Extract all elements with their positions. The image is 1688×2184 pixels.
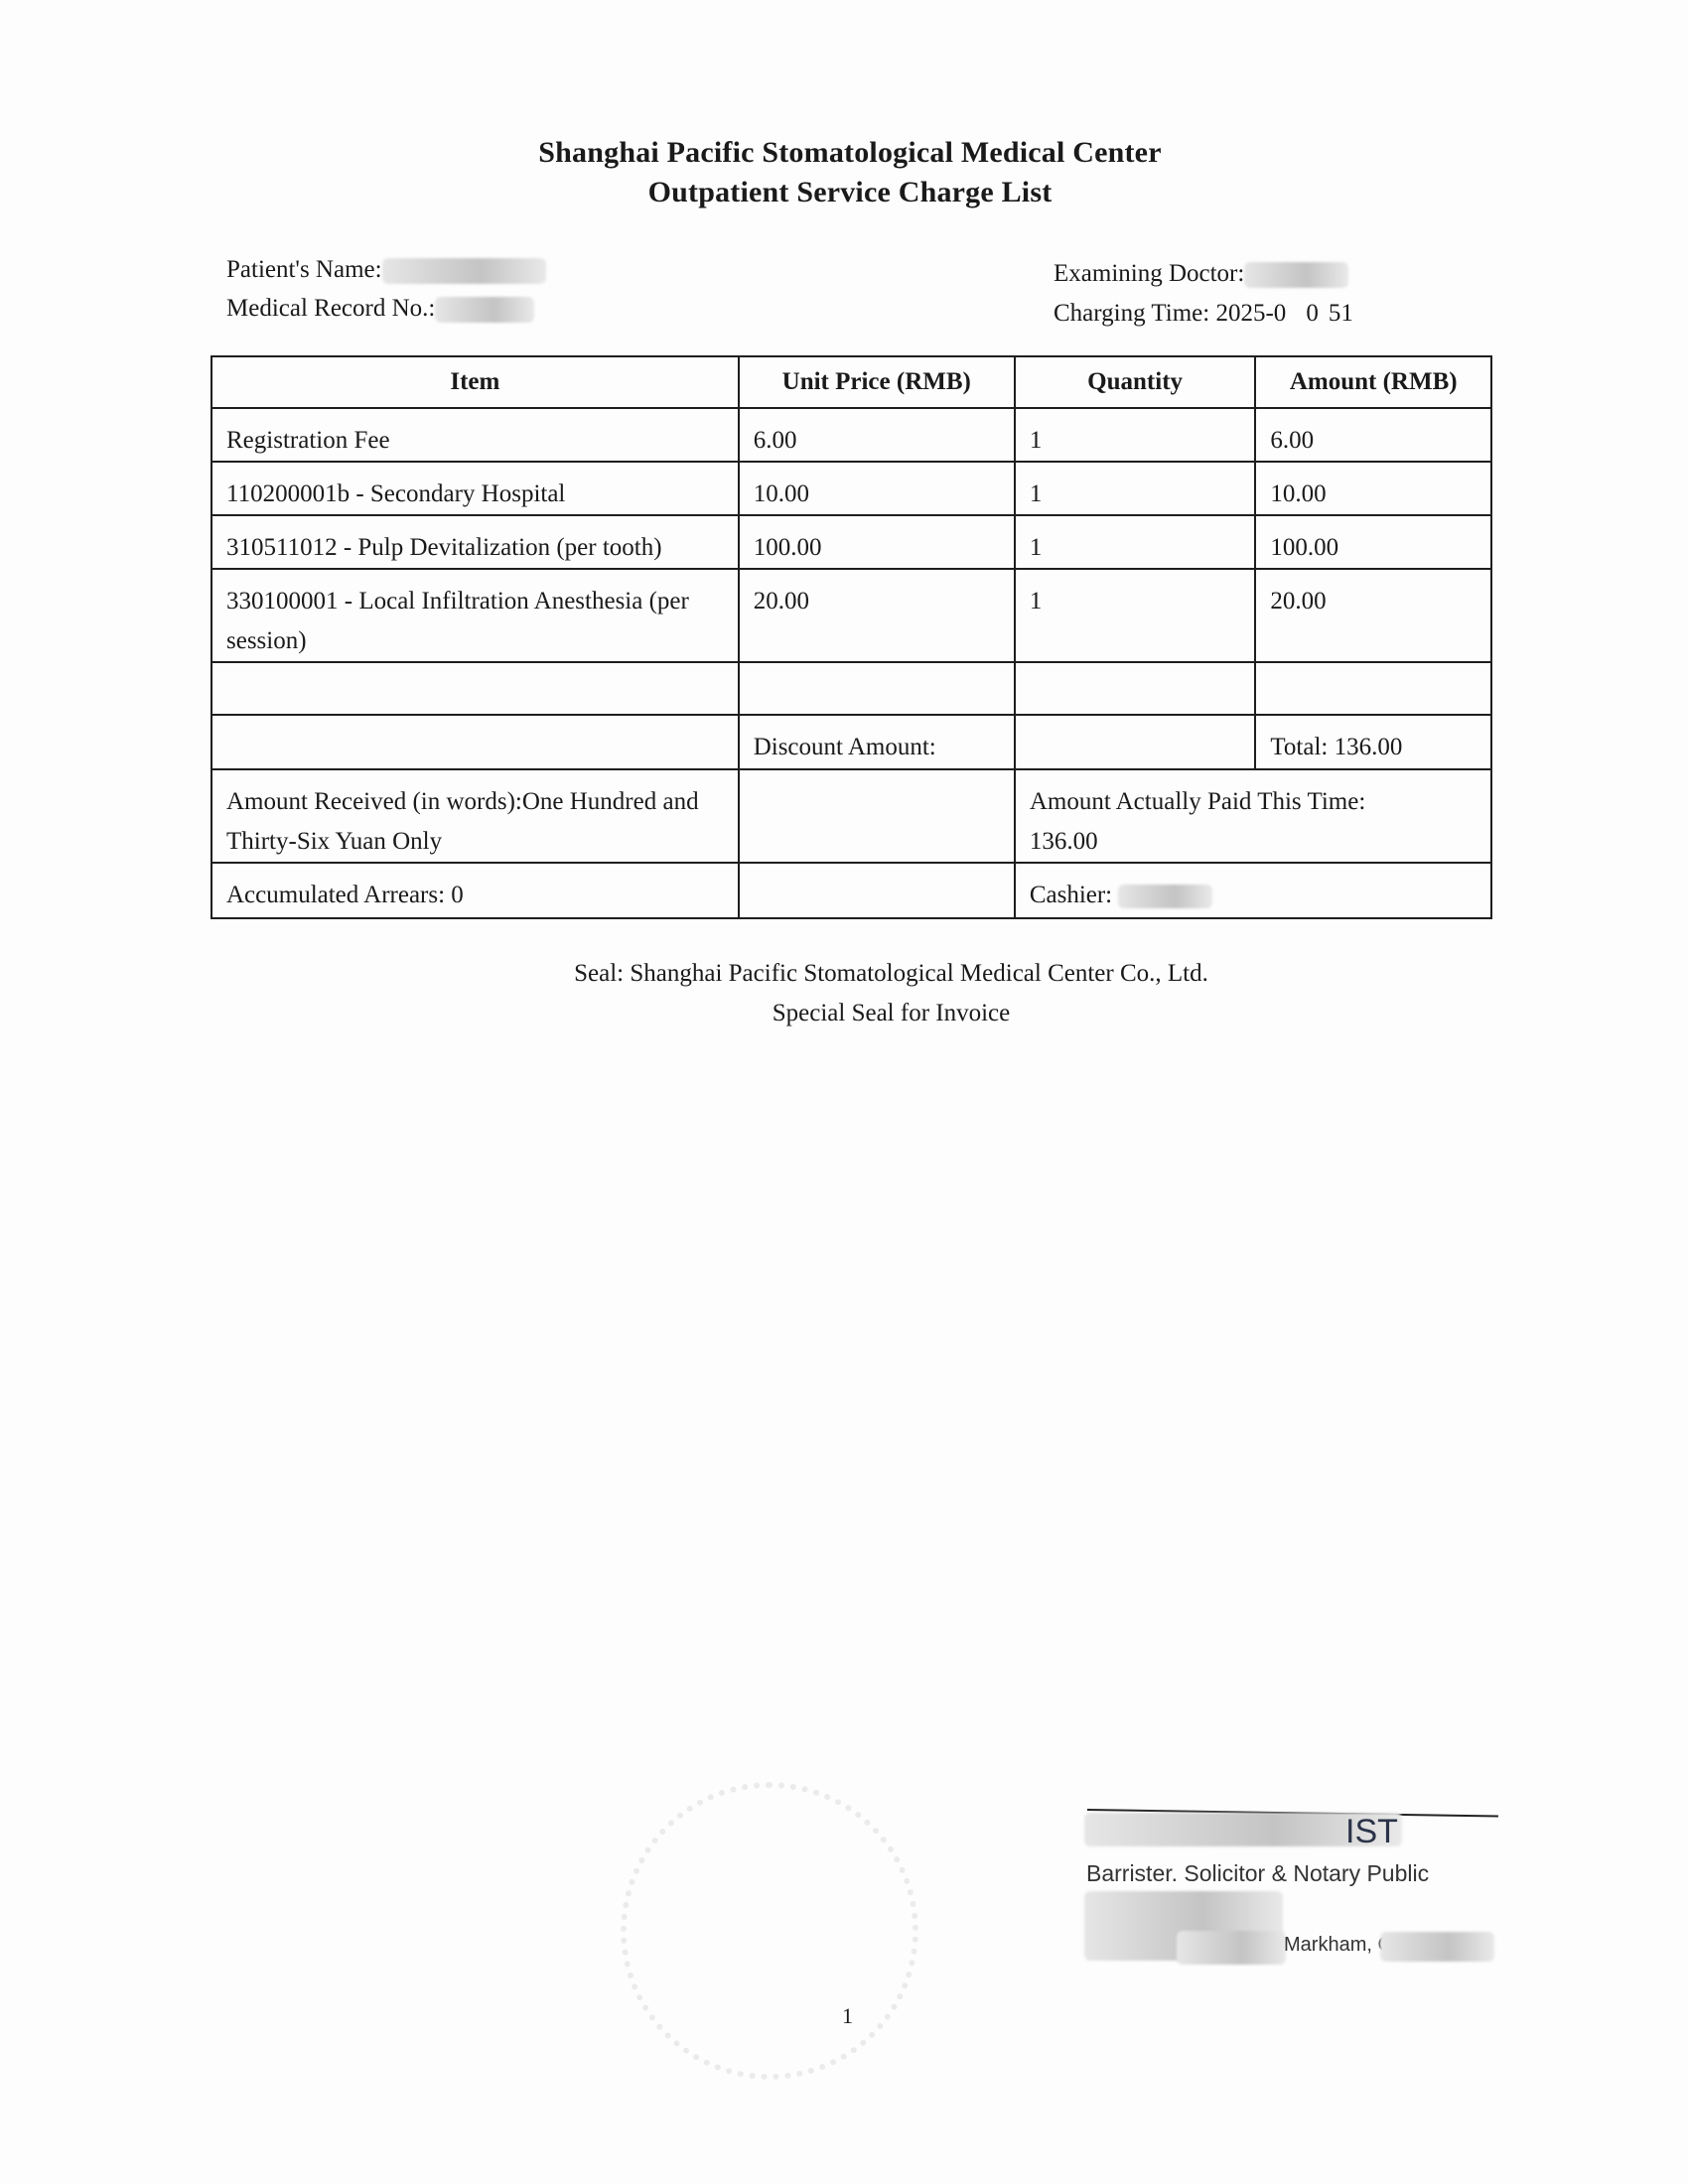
discount-value [1015, 715, 1256, 769]
page-number: 1 [842, 2003, 853, 2029]
empty-cell [739, 863, 1015, 918]
table-row: 330100001 - Local Infiltration Anesthesi… [211, 569, 1491, 662]
cashier-label: Cashier: [1030, 882, 1112, 908]
cell-amount: 10.00 [1255, 462, 1491, 515]
header-quantity: Quantity [1015, 356, 1256, 408]
header-unit-price: Unit Price (RMB) [739, 356, 1015, 408]
notary-title: Barrister. Solicitor & Notary Public [1086, 1860, 1429, 1887]
embossed-seal-icon [621, 1782, 918, 2080]
seal-line-1: Seal: Shanghai Pacific Stomatological Me… [0, 954, 1688, 994]
table-header-row: Item Unit Price (RMB) Quantity Amount (R… [211, 356, 1491, 408]
empty-cell [211, 715, 739, 769]
empty-cell [211, 662, 739, 715]
cell-unit-price: 6.00 [739, 408, 1015, 462]
cell-amount: 20.00 [1255, 569, 1491, 662]
amount-received-row: Amount Received (in words):One Hundred a… [211, 769, 1491, 863]
cell-quantity: 1 [1015, 515, 1256, 569]
medical-record-redacted [435, 297, 534, 323]
notary-address-redacted-2 [1177, 1931, 1286, 1965]
accumulated-arrears: Accumulated Arrears: 0 [211, 863, 739, 918]
cell-quantity: 1 [1015, 462, 1256, 515]
patient-name-label: Patient's Name: [226, 256, 382, 283]
arrears-row: Accumulated Arrears: 0 Cashier: [211, 863, 1491, 918]
examining-doctor-label: Examining Doctor: [1054, 260, 1244, 287]
amount-in-words: Amount Received (in words):One Hundred a… [211, 769, 739, 863]
empty-cell [739, 662, 1015, 715]
total-amount: Total: 136.00 [1255, 715, 1491, 769]
empty-cell [739, 769, 1015, 863]
discount-row: Discount Amount: Total: 136.00 [211, 715, 1491, 769]
table-row: 310511012 - Pulp Devitalization (per too… [211, 515, 1491, 569]
notary-location-redacted [1380, 1932, 1494, 1962]
document-subtitle: Outpatient Service Charge List [0, 176, 1688, 209]
charging-time-label: Charging Time: [1054, 300, 1209, 327]
medical-record-field: Medical Record No.: [226, 295, 534, 323]
charging-time-value: 2025-0 0 51 [1215, 300, 1352, 327]
table-row: 110200001b - Secondary Hospital 10.00 1 … [211, 462, 1491, 515]
discount-label: Discount Amount: [739, 715, 1015, 769]
seal-line-2: Special Seal for Invoice [0, 994, 1688, 1033]
medical-record-label: Medical Record No.: [226, 295, 435, 322]
cell-amount: 100.00 [1255, 515, 1491, 569]
notary-name-suffix: IST [1345, 1813, 1398, 1851]
patient-name-redacted [382, 258, 546, 284]
cell-item: 310511012 - Pulp Devitalization (per too… [211, 515, 739, 569]
charging-time-field: Charging Time: 2025-0 0 51 [1054, 300, 1353, 328]
empty-cell [1015, 662, 1256, 715]
cell-item: Registration Fee [211, 408, 739, 462]
header-item: Item [211, 356, 739, 408]
amount-paid-cell: Amount Actually Paid This Time: 136.00 [1015, 769, 1491, 863]
empty-row [211, 662, 1491, 715]
patient-name-field: Patient's Name: [226, 256, 546, 284]
cell-unit-price: 20.00 [739, 569, 1015, 662]
table-row: Registration Fee 6.00 1 6.00 [211, 408, 1491, 462]
cell-item: 330100001 - Local Infiltration Anesthesi… [211, 569, 739, 662]
cell-quantity: 1 [1015, 569, 1256, 662]
charge-table: Item Unit Price (RMB) Quantity Amount (R… [211, 355, 1492, 919]
cashier-cell: Cashier: [1015, 863, 1491, 918]
cell-unit-price: 10.00 [739, 462, 1015, 515]
cell-quantity: 1 [1015, 408, 1256, 462]
examining-doctor-redacted [1244, 262, 1348, 288]
empty-cell [1255, 662, 1491, 715]
cell-amount: 6.00 [1255, 408, 1491, 462]
cell-item: 110200001b - Secondary Hospital [211, 462, 739, 515]
header-amount: Amount (RMB) [1255, 356, 1491, 408]
cell-unit-price: 100.00 [739, 515, 1015, 569]
cashier-redacted [1118, 885, 1212, 908]
document-title: Shanghai Pacific Stomatological Medical … [0, 136, 1688, 170]
examining-doctor-field: Examining Doctor: [1054, 260, 1348, 288]
amount-paid-value: 136.00 [1030, 828, 1098, 855]
amount-paid-label: Amount Actually Paid This Time: [1030, 788, 1365, 815]
